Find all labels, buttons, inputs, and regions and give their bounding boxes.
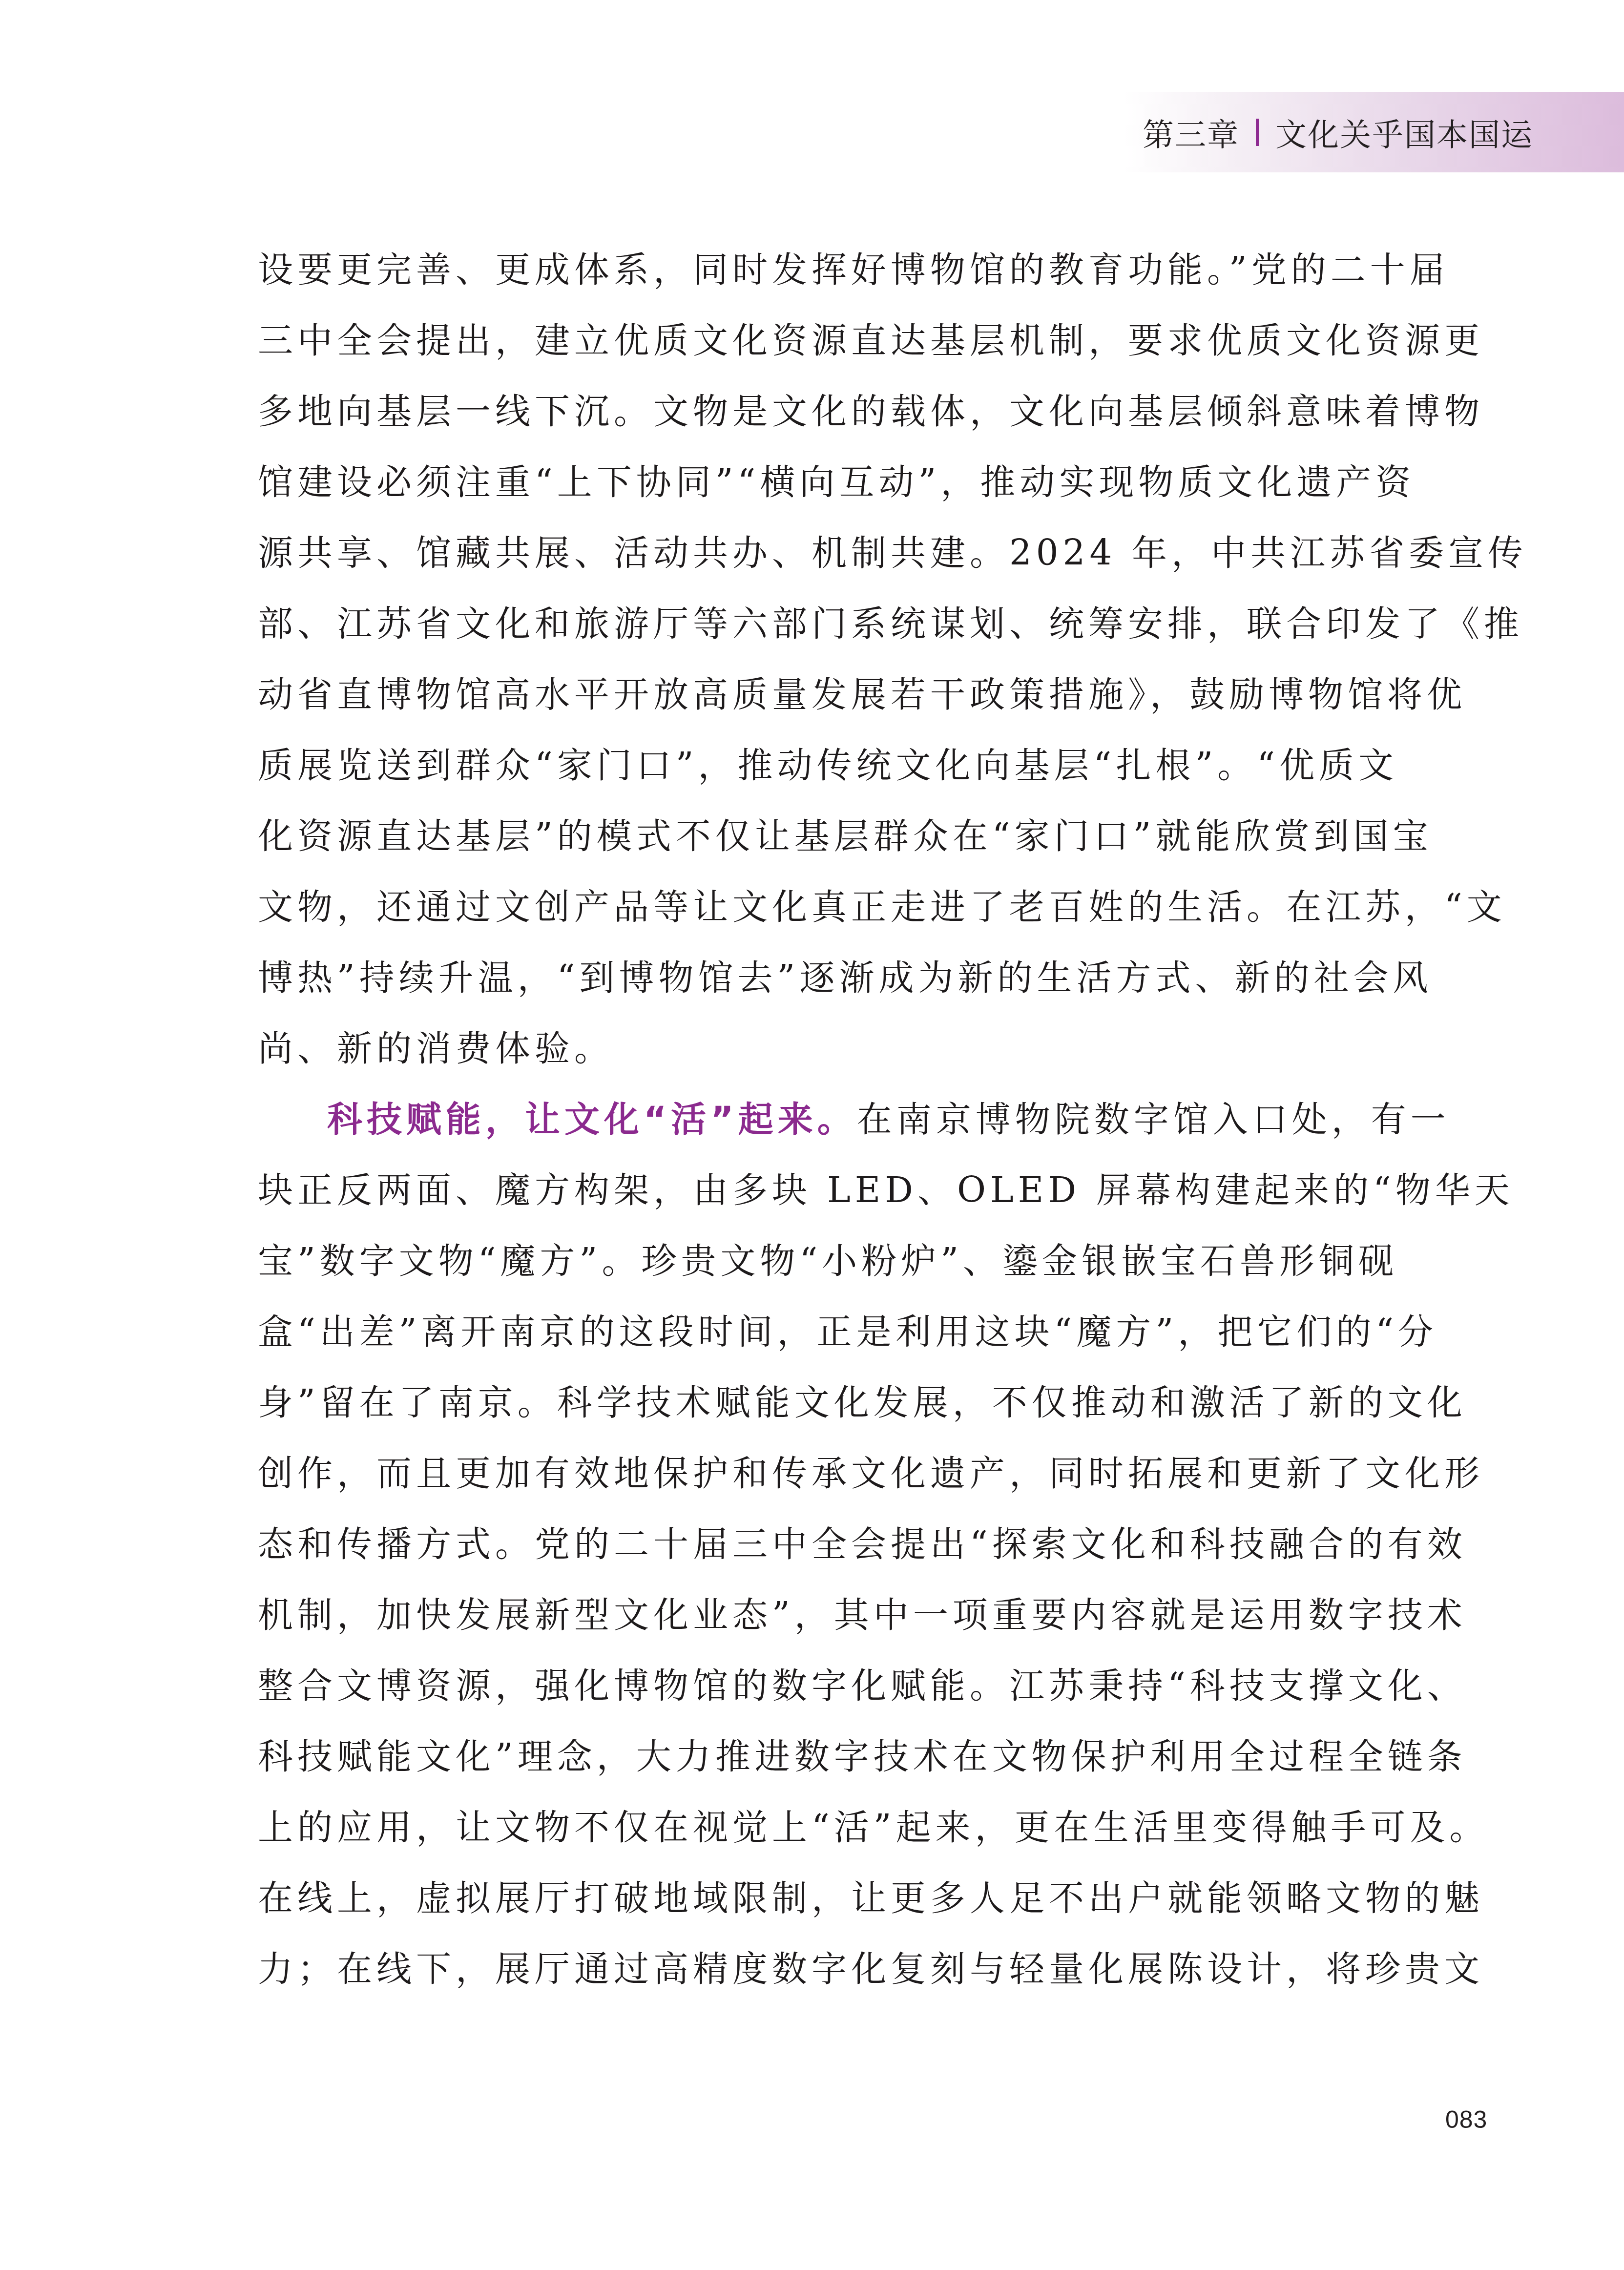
text-line: 科技赋能，让文化“活”起来。在南京博物院数字馆入口处，有一 [258,1084,1366,1155]
text-line: 机制，加快发展新型文化业态”，其中一项重要内容就是运用数字技术 [258,1580,1366,1650]
text-line: 块正反两面、魔方构架，由多块 LED、OLED 屏幕构建起来的“物华天 [258,1155,1366,1226]
running-header: 第三章 文化关乎国本国运 [1123,92,1533,172]
text-line: 部、江苏省文化和旅游厅等六部门系统谋划、统筹安排，联合印发了《推 [258,588,1366,659]
text-line: 科技赋能文化”理念，大力推进数字技术在文物保护利用全过程全链条 [258,1721,1366,1792]
text-line: 三中全会提出，建立优质文化资源直达基层机制，要求优质文化资源更 [258,305,1366,376]
text-line: 动省直博物馆高水平开放高质量发展若干政策措施》，鼓励博物馆将优 [258,659,1366,730]
text-line: 化资源直达基层”的模式不仅让基层群众在“家门口”就能欣赏到国宝 [258,801,1366,872]
text-line: 身”留在了南京。科学技术赋能文化发展，不仅推动和激活了新的文化 [258,1367,1366,1438]
text-line: 文物，还通过文创产品等让文化真正走进了老百姓的生活。在江苏，“文 [258,872,1366,942]
section-lead-heading: 科技赋能，让文化“活”起来。 [327,1099,857,1140]
text-line: 整合文博资源，强化博物馆的数字化赋能。江苏秉持“科技支撑文化、 [258,1650,1366,1721]
text-line: 力；在线下，展厅通过高精度数字化复刻与轻量化展陈设计，将珍贵文 [258,1934,1366,2004]
text-line: 态和传播方式。党的二十届三中全会提出“探索文化和科技融合的有效 [258,1509,1366,1580]
page-number: 083 [1445,2105,1487,2134]
text-line: 多地向基层一线下沉。文物是文化的载体，文化向基层倾斜意味着博物 [258,376,1366,447]
chapter-title: 文化关乎国本国运 [1275,110,1533,155]
chapter-number: 第三章 [1143,110,1239,155]
header-divider [1256,119,1259,146]
text-line: 尚、新的消费体验。 [258,1013,1366,1084]
text-line: 源共享、馆藏共展、活动共办、机制共建。2024 年，中共江苏省委宣传 [258,518,1366,588]
paragraph-1: 设要更完善、更成体系，同时发挥好博物馆的教育功能。”党的二十届 三中全会提出，建… [258,234,1366,1084]
text-line: 博热”持续升温，“到博物馆去”逐渐成为新的生活方式、新的社会风 [258,942,1366,1013]
paragraph-2: 科技赋能，让文化“活”起来。在南京博物院数字馆入口处，有一 块正反两面、魔方构架… [258,1084,1366,2004]
text-line: 质展览送到群众“家门口”，推动传统文化向基层“扎根”。“优质文 [258,730,1366,801]
text-line: 创作，而且更加有效地保护和传承文化遗产，同时拓展和更新了文化形 [258,1438,1366,1509]
text-line: 盒“出差”离开南京的这段时间，正是利用这块“魔方”，把它们的“分 [258,1296,1366,1367]
text-line: 馆建设必须注重“上下协同”“横向互动”，推动实现物质文化遗产资 [258,447,1366,518]
text-line: 上的应用，让文物不仅在视觉上“活”起来，更在生活里变得触手可及。 [258,1792,1366,1863]
text-line: 宝”数字文物“魔方”。珍贵文物“小粉炉”、鎏金银嵌宝石兽形铜砚 [258,1226,1366,1296]
body-text: 设要更完善、更成体系，同时发挥好博物馆的教育功能。”党的二十届 三中全会提出，建… [258,234,1366,2004]
text-line: 在线上，虚拟展厅打破地域限制，让更多人足不出户就能领略文物的魅 [258,1863,1366,1934]
text-line: 设要更完善、更成体系，同时发挥好博物馆的教育功能。”党的二十届 [258,234,1366,305]
